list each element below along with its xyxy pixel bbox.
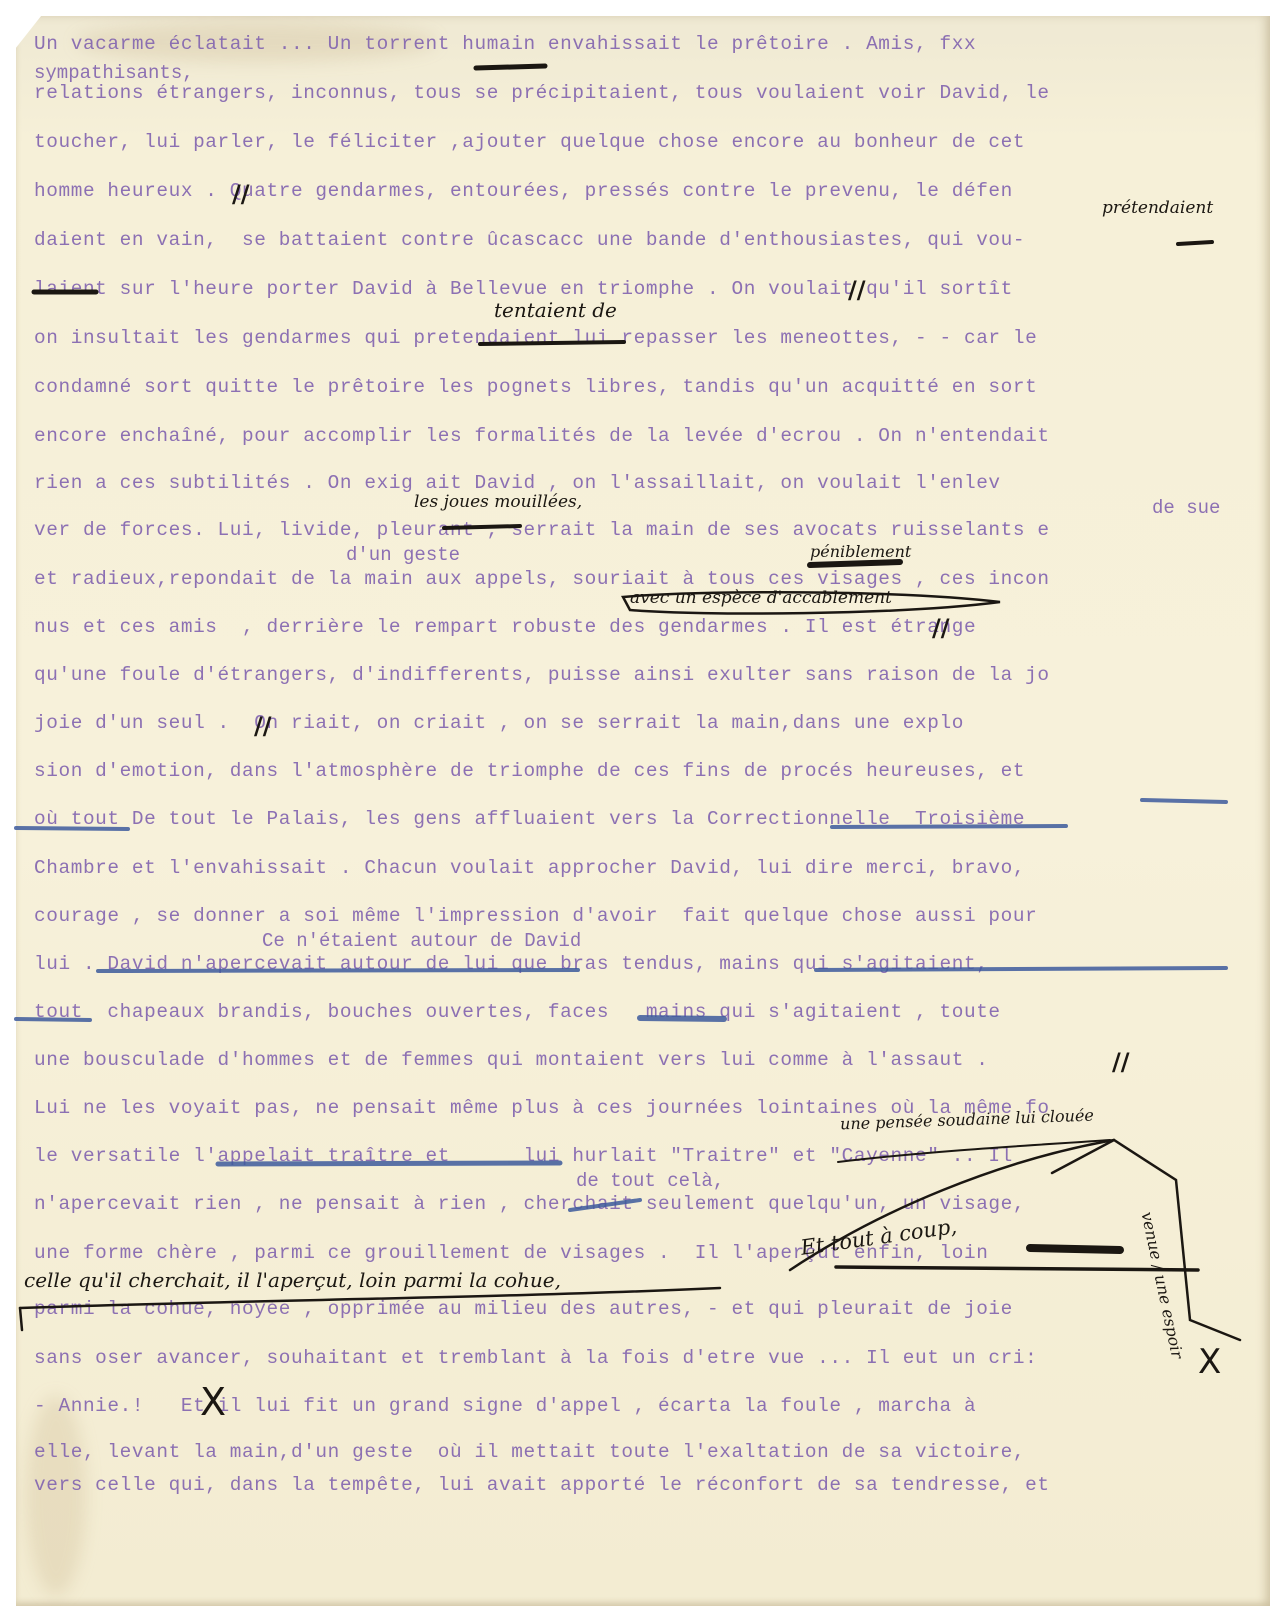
typed-line: encore enchaîné, pour accomplir les form…: [34, 425, 1050, 447]
handwritten-note: prétendaient: [1102, 198, 1213, 218]
typed-line: Chambre et l'envahissait . Chacun voulai…: [34, 857, 1025, 879]
paragraph-mark: //: [848, 276, 866, 304]
typed-line: on insultait les gendarmes qui pretendai…: [34, 327, 1037, 349]
insert-cross-mark: X: [1198, 1342, 1221, 1382]
paper-stain: [26, 1396, 86, 1596]
typed-line: sion d'emotion, dans l'atmosphère de tri…: [34, 760, 1025, 782]
handwritten-note: péniblement: [810, 542, 911, 561]
paragraph-mark: //: [254, 712, 272, 740]
typed-insert: d'un geste: [346, 544, 460, 566]
typed-insert: de tout celà,: [576, 1170, 724, 1192]
typed-line: courage , se donner a soi même l'impress…: [34, 905, 1037, 927]
handwritten-note: tentaient de: [494, 298, 617, 322]
handwritten-note: les joues mouillées,: [414, 492, 582, 512]
typed-line: une bousculade d'hommes et de femmes qui…: [34, 1049, 988, 1071]
typed-insert: sympathisants,: [34, 62, 194, 84]
typed-line: condamné sort quitte le prêtoire les pog…: [34, 376, 1037, 398]
handwritten-note: avec un espèce d'accablement: [630, 588, 892, 608]
typed-insert: de sue: [1152, 497, 1220, 519]
typed-line: où tout De tout le Palais, les gens affl…: [34, 808, 1025, 830]
typed-line: nus et ces amis , derrière le rempart ro…: [34, 616, 976, 638]
typed-line: daient en vain, se battaient contre ûcas…: [34, 229, 1025, 251]
paragraph-mark: //: [1112, 1048, 1130, 1076]
handwritten-note: celle qu'il cherchait, il l'aperçut, loi…: [24, 1268, 561, 1292]
typed-line: sans oser avancer, souhaitant et trembla…: [34, 1347, 1037, 1369]
typed-line: relations étrangers, inconnus, tous se p…: [34, 82, 1050, 104]
typed-line: laient sur l'heure porter David à Bellev…: [34, 278, 1013, 300]
typed-line: ver de forces. Lui, livide, pleurant , s…: [34, 519, 1050, 541]
typed-line: tout chapeaux brandis, bouches ouvertes,…: [34, 1001, 1001, 1023]
typed-line: toucher, lui parler, le féliciter ,ajout…: [34, 131, 1025, 153]
typed-line: rien a ces subtilités . On exig ait Davi…: [34, 472, 1001, 494]
typed-line: lui . David n'apercevait autour de lui q…: [34, 953, 988, 975]
typed-line: homme heureux . Quatre gendarmes, entour…: [34, 180, 1013, 202]
typed-line: et radieux,repondait de la main aux appe…: [34, 568, 1050, 590]
typed-line: joie d'un seul . On riait, on criait , o…: [34, 712, 964, 734]
paragraph-mark: //: [932, 614, 950, 642]
typed-line: le versatile l'appelait traître et lui h…: [34, 1145, 1013, 1167]
typed-insert: Ce n'étaient autour de David: [262, 930, 581, 952]
typed-line: vers celle qui, dans la tempête, lui ava…: [34, 1474, 1050, 1496]
paragraph-mark: //: [232, 180, 250, 208]
typed-line: parmi la cohue, noyée , opprimée au mili…: [34, 1298, 1013, 1320]
typed-line: n'apercevait rien , ne pensait à rien , …: [34, 1193, 1025, 1215]
typed-line: elle, levant la main,d'un geste où il me…: [34, 1441, 1025, 1463]
insert-cross-mark: X: [200, 1380, 226, 1424]
typed-line: Un vacarme éclatait ... Un torrent humai…: [34, 33, 976, 55]
typed-line: qu'une foule d'étrangers, d'indifferents…: [34, 664, 1050, 686]
typed-line: - Annie.! Et il lui fit un grand signe d…: [34, 1395, 976, 1417]
